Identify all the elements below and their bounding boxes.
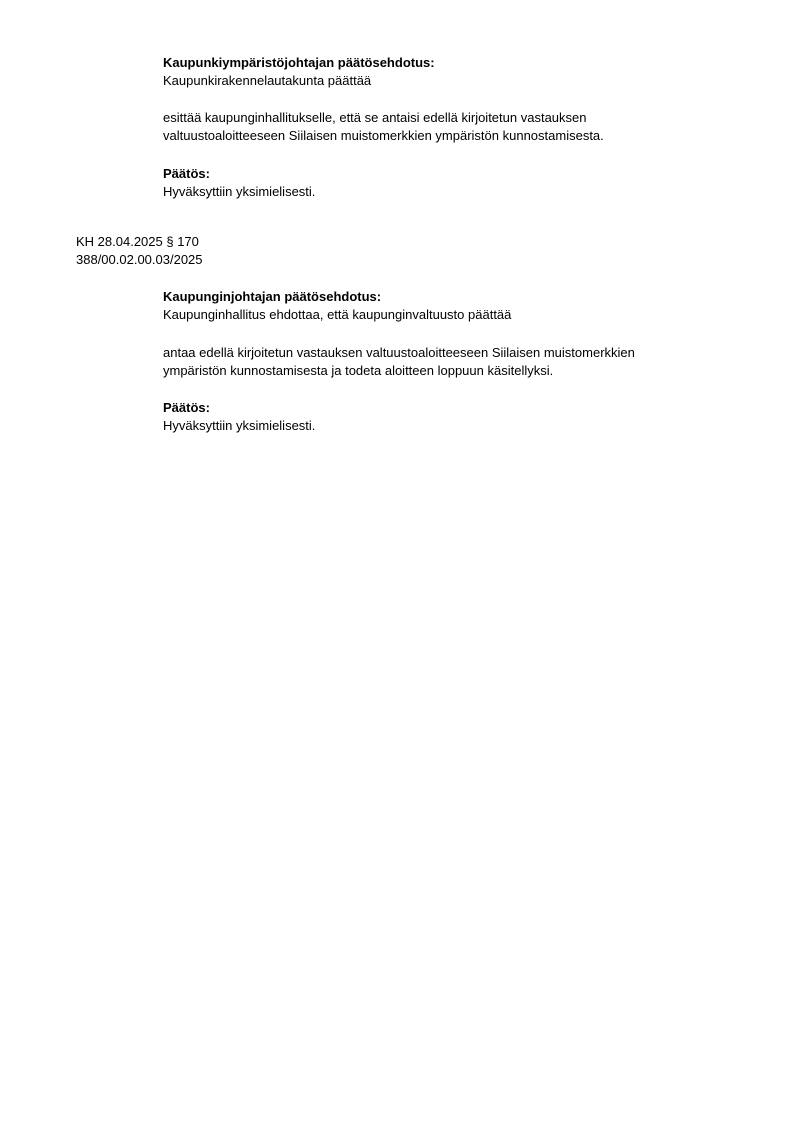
section2-proposal-body: antaa edellä kirjoitetun vastauksen valt… xyxy=(163,344,635,380)
section1-proposal-intro: Kaupunkirakennelautakunta päättää xyxy=(163,72,435,90)
section1-body-line: esittää kaupunginhallitukselle, että se … xyxy=(163,109,604,127)
section1-body-line: valtuustoaloitteeseen Siilaisen muistome… xyxy=(163,127,604,145)
section2-decision: Päätös: Hyväksyttiin yksimielisesti. xyxy=(163,399,315,435)
section2-body-line: ympäristön kunnostamisesta ja todeta alo… xyxy=(163,362,635,380)
section1-decision-heading: Päätös: xyxy=(163,165,315,183)
section1-proposal: Kaupunkiympäristöjohtajan päätösehdotus:… xyxy=(163,54,435,90)
section2-proposal-heading: Kaupunginjohtajan päätösehdotus: xyxy=(163,288,511,306)
section2-decision-heading: Päätös: xyxy=(163,399,315,417)
meeting-reference: KH 28.04.2025 § 170 388/00.02.00.03/2025 xyxy=(76,233,203,269)
record-number: 388/00.02.00.03/2025 xyxy=(76,251,203,269)
section2-proposal: Kaupunginjohtajan päätösehdotus: Kaupung… xyxy=(163,288,511,324)
section1-proposal-body: esittää kaupunginhallitukselle, että se … xyxy=(163,109,604,145)
section1-decision-text: Hyväksyttiin yksimielisesti. xyxy=(163,183,315,201)
section2-body-line: antaa edellä kirjoitetun vastauksen valt… xyxy=(163,344,635,362)
section1-decision: Päätös: Hyväksyttiin yksimielisesti. xyxy=(163,165,315,201)
section2-proposal-intro: Kaupunginhallitus ehdottaa, että kaupung… xyxy=(163,306,511,324)
meeting-session: KH 28.04.2025 § 170 xyxy=(76,233,203,251)
section2-decision-text: Hyväksyttiin yksimielisesti. xyxy=(163,417,315,435)
section1-proposal-heading: Kaupunkiympäristöjohtajan päätösehdotus: xyxy=(163,54,435,72)
